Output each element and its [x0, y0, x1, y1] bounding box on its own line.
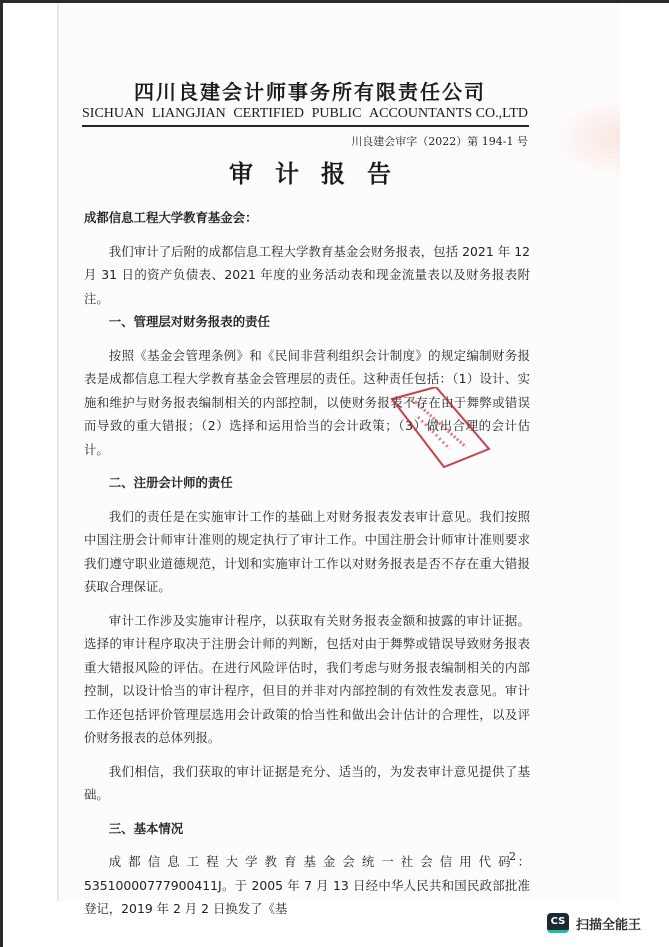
reference-number: 川良建会审字（2022）第 194-1 号: [300, 133, 528, 149]
camscanner-app-name: 扫描全能王: [576, 914, 641, 933]
document-title: 审计报告: [80, 154, 540, 189]
section1-paragraph: 按照《基金会管理条例》和《民间非营利组织会计制度》的规定编制财务报表是成都信息工…: [84, 344, 530, 462]
company-name-cn: 四川良建会计师事务所有限责任公司: [80, 76, 540, 105]
camscanner-watermark: CS 扫描全能王: [547, 913, 641, 933]
section2-paragraph-1: 我们的责任是在实施审计工作的基础上对财务报表发表审计意见。我们按照中国注册会计师…: [84, 505, 530, 599]
company-en-word: SICHUAN: [82, 106, 144, 122]
section-heading-3: 三、基本情况: [84, 817, 530, 841]
intro-paragraph: 我们审计了后附的成都信息工程大学教育基金会财务报表，包括 2021 年 12 月…: [84, 240, 530, 311]
salutation: 成都信息工程大学教育基金会：: [84, 206, 530, 230]
company-name-en: SICHUAN LIANGJIAN CERTIFIED PUBLIC ACCOU…: [82, 106, 528, 122]
company-en-word: CERTIFIED: [233, 106, 304, 122]
company-en-word: LIANGJIAN: [152, 106, 226, 122]
scan-discoloration: [550, 98, 620, 178]
section-heading-1: 一、管理层对财务报表的责任: [84, 310, 530, 334]
window-frame-left: [0, 0, 3, 947]
section2-paragraph-3: 我们相信，我们获取的审计证据是充分、适当的，为发表审计意见提供了基础。: [84, 760, 530, 807]
company-en-word: PUBLIC: [312, 106, 362, 122]
section3-paragraph: 成都信息工程大学教育基金会统一社会信用代码：53510000777900411J…: [84, 850, 530, 921]
company-en-word: ACCOUNTANTS CO.,LTD: [369, 106, 528, 122]
header-rule: [82, 125, 529, 127]
camscanner-logo-icon: CS: [547, 913, 569, 933]
page-number: 2: [509, 850, 516, 863]
section2-paragraph-2: 审计工作涉及实施审计程序，以获取有关财务报表金额和披露的审计证据。选择的审计程序…: [84, 609, 530, 750]
section-heading-2: 二、注册会计师的责任: [84, 471, 530, 495]
report-body: 成都信息工程大学教育基金会： 我们审计了后附的成都信息工程大学教育基金会财务报表…: [84, 206, 530, 921]
